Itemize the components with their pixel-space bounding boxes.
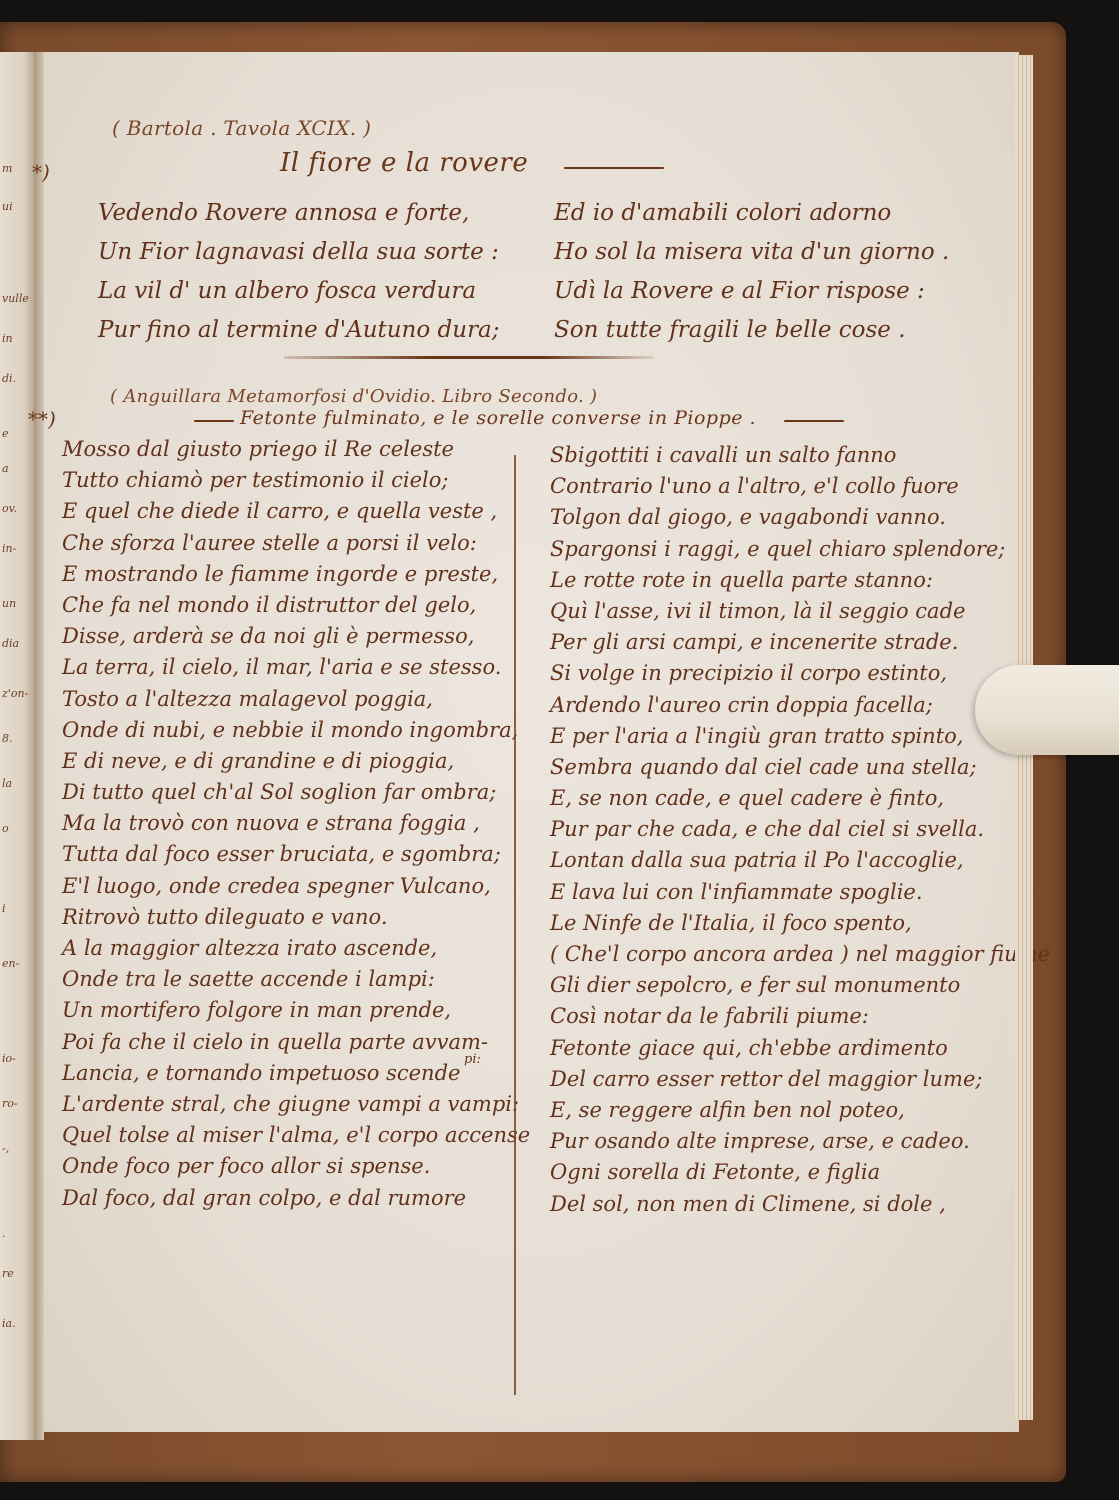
facing-page-text-fragment: un [2,597,16,610]
verse-line: E lava lui con l'infiammate spoglie. [550,877,1050,908]
verse-line: Vedendo Rovere annosa e forte, [98,194,500,233]
verse-line: Che sforza l'auree stelle a porsi il vel… [62,528,530,559]
footnote-marker-2: **) [28,407,56,431]
verse-line: Onde di nubi, e nebbie il mondo ingombra… [62,715,530,746]
verse-line: Tutta dal foco esser bruciata, e sgombra… [62,839,530,870]
verse-line: L'ardente stral, che giugne vampi a vamp… [62,1089,530,1120]
verse-line: E mostrando le fiamme ingorde e preste, [62,559,530,590]
poem2-left-column: Mosso dal giusto priego il Re celeste Tu… [62,434,530,1214]
facing-page-text-fragment: ui [2,200,13,213]
facing-page-text-fragment: . [2,1227,6,1240]
verse-line: Fetonte giace qui, ch'ebbe ardimento [550,1033,1050,1064]
facing-page-text-fragment: io- [2,1052,16,1065]
verse-line: Per gli arsi campi, e incenerite strade. [550,627,1050,658]
verse-line: Ritrovò tutto dileguato e vano. [62,902,530,933]
verse-line: Ed io d'amabili colori adorno [554,194,949,233]
verse-line: E, se reggere alfin ben nol poteo, [550,1095,1050,1126]
facing-page-text-fragment: z'on- [2,687,28,700]
verse-line: Un Fior lagnavasi della sua sorte : [98,233,500,272]
verse-line: Del sol, non men di Climene, si dole , [550,1189,1050,1220]
verse-line: Lancia, e tornando impetuoso scende [62,1058,530,1089]
facing-page-text-fragment: vulle [2,292,29,305]
verse-line: Così notar da le fabrili piume: [550,1001,1050,1032]
facing-page-edge: muivulleindi.eaov.in-undiaz'on-8.laoien-… [0,52,34,1440]
facing-page-text-fragment: di. [2,372,16,385]
book-gutter [34,52,44,1440]
verse-line: Quel tolse al miser l'alma, e'l corpo ac… [62,1120,530,1151]
facing-page-text-fragment: i [2,902,6,915]
verse-line: Tutto chiamò per testimonio il cielo; [62,465,530,496]
verse-line: Udì la Rovere e al Fior rispose : [554,272,949,311]
verse-line: Spargonsi i raggi, e quel chiaro splendo… [550,534,1050,565]
verse-line: Si volge in precipizio il corpo estinto, [550,658,1050,689]
verse-line: Disse, arderà se da noi gli è permesso, [62,621,530,652]
title-flourish-right [784,420,844,422]
poem1-right-column: Ed io d'amabili colori adorno Ho sol la … [554,194,949,350]
verse-line: Pur fino al termine d'Autuno dura; [98,311,500,350]
poem2-source: ( Anguillara Metamorfosi d'Ovidio. Libro… [110,386,597,407]
bone-folder-bookmark [975,665,1119,755]
verse-line: Quì l'asse, ivi il timon, là il seggio c… [550,596,1050,627]
verse-line: Sembra quando dal ciel cade una stella; [550,752,1050,783]
interlinear-continuation: pi: [464,1052,481,1067]
poem1-source: ( Bartola . Tavola XCIX. ) [112,116,371,140]
title-flourish [564,167,664,169]
verse-line: E per l'aria a l'ingiù gran tratto spint… [550,721,1050,752]
poem2-right-column: Sbigottiti i cavalli un salto fanno Cont… [550,440,1050,1220]
verse-line: Pur osando alte imprese, arse, e cadeo. [550,1126,1050,1157]
verse-line: Son tutte fragili le belle cose . [554,311,949,350]
verse-line: Che fa nel mondo il distruttor del gelo, [62,590,530,621]
verse-line: E quel che diede il carro, e quella vest… [62,496,530,527]
verse-line: Lontan dalla sua patria il Po l'accoglie… [550,845,1050,876]
facing-page-text-fragment: re [2,1267,14,1280]
verse-line: Tosto a l'altezza malagevol poggia, [62,684,530,715]
verse-line: Le Ninfe de l'Italia, il foco spento, [550,908,1050,939]
facing-page-text-fragment: ro- [2,1097,18,1110]
verse-line: Tolgon dal giogo, e vagabondi vanno. [550,502,1050,533]
facing-page-text-fragment: ov. [2,502,17,515]
facing-page-text-fragment: ia. [2,1317,16,1330]
section-divider-rule [284,356,654,359]
verse-line: Un mortifero folgore in man prende, [62,995,530,1026]
verse-line: Poi fa che il cielo in quella parte avva… [62,1027,530,1058]
footnote-marker-1: *) [32,160,50,184]
verse-line: Le rotte rote in quella parte stanno: [550,565,1050,596]
verse-line: La terra, il cielo, il mar, l'aria e se … [62,652,530,683]
facing-page-text-fragment: -, [2,1142,9,1155]
verse-line: A la maggior altezza irato ascende, [62,933,530,964]
facing-page-text-fragment: la [2,777,12,790]
facing-page-text-fragment: m [2,162,12,175]
facing-page-text-fragment: in [2,332,13,345]
verse-line: E'l luogo, onde credea spegner Vulcano, [62,871,530,902]
verse-line: Dal foco, dal gran colpo, e dal rumore [62,1183,530,1214]
facing-page-text-fragment: 8. [2,732,13,745]
verse-line: Sbigottiti i cavalli un salto fanno [550,440,1050,471]
verse-line: Onde tra le saette accende i lampi: [62,964,530,995]
facing-page-text-fragment: in- [2,542,16,555]
facing-page-text-fragment: a [2,462,9,475]
facing-page-text-fragment: o [2,822,9,835]
verse-line: Ma la trovò con nuova e strana foggia , [62,808,530,839]
verse-line: E, se non cade, e quel cadere è finto, [550,783,1050,814]
poem2-title: Fetonte fulminato, e le sorelle converse… [240,407,756,429]
verse-line: Gli dier sepolcro, e fer sul monumento [550,970,1050,1001]
verse-line: La vil d' un albero fosca verdura [98,272,500,311]
verse-line: Di tutto quel ch'al Sol soglion far ombr… [62,777,530,808]
verse-line: Pur par che cada, e che dal ciel si svel… [550,814,1050,845]
verse-line: Mosso dal giusto priego il Re celeste [62,434,530,465]
verse-line: Ogni sorella di Fetonte, e figlia [550,1157,1050,1188]
facing-page-text-fragment: dia [2,637,19,650]
poem1-left-column: Vedendo Rovere annosa e forte, Un Fior l… [98,194,500,350]
verse-line: Del carro esser rettor del maggior lume; [550,1064,1050,1095]
verse-line: E di neve, e di grandine e di pioggia, [62,746,530,777]
verse-line: ( Che'l corpo ancora ardea ) nel maggior… [550,939,1050,970]
column-divider-line [514,455,516,1395]
facing-page-text-fragment: e [2,427,9,440]
verse-line: Contrario l'uno a l'altro, e'l collo fuo… [550,471,1050,502]
facing-page-text-fragment: en- [2,957,19,970]
manuscript-page: *) ( Bartola . Tavola XCIX. ) Il fiore e… [44,52,1019,1432]
verse-line: Ho sol la misera vita d'un giorno . [554,233,949,272]
verse-line: Onde foco per foco allor si spense. [62,1151,530,1182]
title-flourish-left [194,420,234,422]
poem1-title: Il fiore e la rovere [280,148,528,178]
